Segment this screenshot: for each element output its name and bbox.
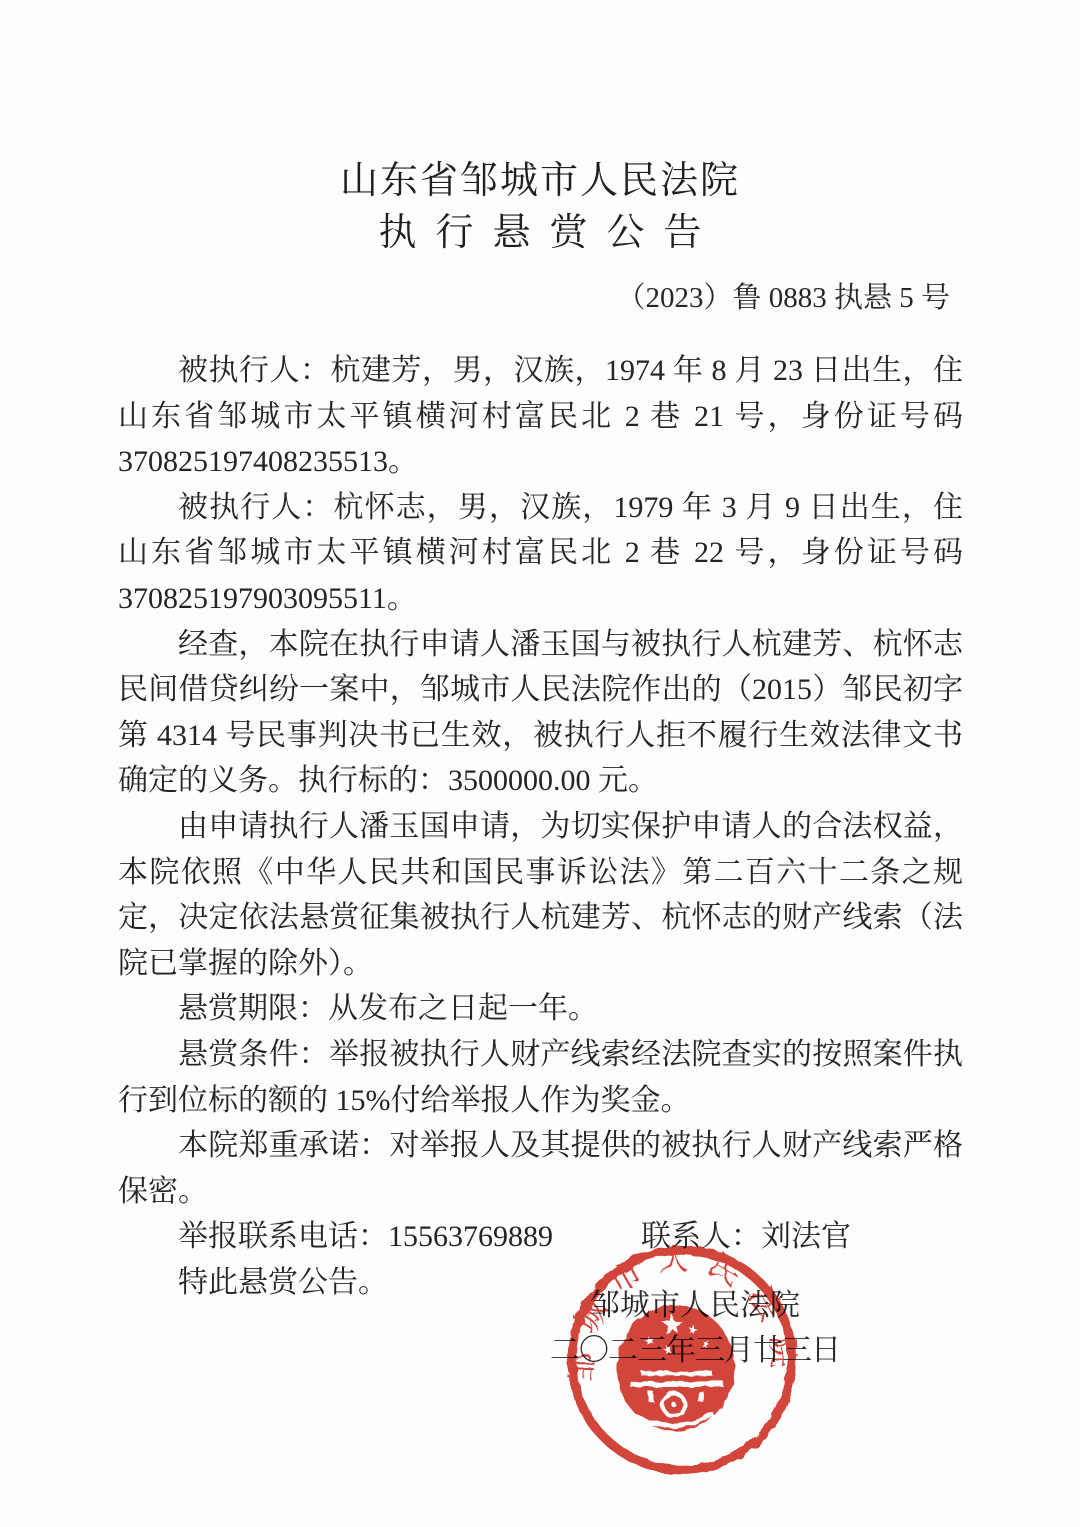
body-paragraph-defendant-1: 被执行人：杭建芳，男，汉族，1974 年 8 月 23 日出生，住山东省邹城市太…	[118, 348, 963, 485]
document-body: 被执行人：杭建芳，男，汉族，1974 年 8 月 23 日出生，住山东省邹城市太…	[118, 348, 963, 1305]
court-name-title: 山东省邹城市人民法院	[0, 158, 1080, 204]
body-paragraph-reward-basis: 由申请执行人潘玉国申请，为切实保护申请人的合法权益，本院依照《中华人民共和国民事…	[118, 804, 963, 986]
document-title: 执行悬赏公告	[0, 210, 1080, 256]
signature-date: 二〇二三年三月廿三日	[545, 1328, 845, 1373]
body-paragraph-confidentiality: 本院郑重承诺：对举报人及其提供的被执行人财产线索严格保密。	[118, 1123, 963, 1214]
signature-court-name: 邹城市人民法院	[545, 1283, 845, 1328]
body-paragraph-reward-condition: 悬赏条件：举报被执行人财产线索经法院查实的按照案件执行到位标的额的 15%付给举…	[118, 1032, 963, 1123]
contact-line: 举报联系电话：15563769889联系人：刘法官	[118, 1214, 963, 1260]
document-header: 山东省邹城市人民法院 执行悬赏公告 （2023）鲁 0883 执悬 5 号	[0, 0, 1080, 318]
report-phone: 举报联系电话：15563769889	[178, 1220, 553, 1253]
body-paragraph-defendant-2: 被执行人：杭怀志，男，汉族，1979 年 3 月 9 日出生，住山东省邹城市太平…	[118, 485, 963, 622]
announcement-page: 山东省邹城市人民法院 执行悬赏公告 （2023）鲁 0883 执悬 5 号 被执…	[0, 0, 1080, 1527]
signature-block: 邹城市人民法院 二〇二三年三月廿三日	[545, 1283, 845, 1373]
contact-person: 联系人：刘法官	[641, 1220, 851, 1253]
body-paragraph-reward-period: 悬赏期限：从发布之日起一年。	[118, 986, 963, 1032]
case-number: （2023）鲁 0883 执悬 5 号	[0, 278, 1080, 318]
body-paragraph-case-facts: 经查，本院在执行申请人潘玉国与被执行人杭建芳、杭怀志民间借贷纠纷一案中，邹城市人…	[118, 622, 963, 804]
